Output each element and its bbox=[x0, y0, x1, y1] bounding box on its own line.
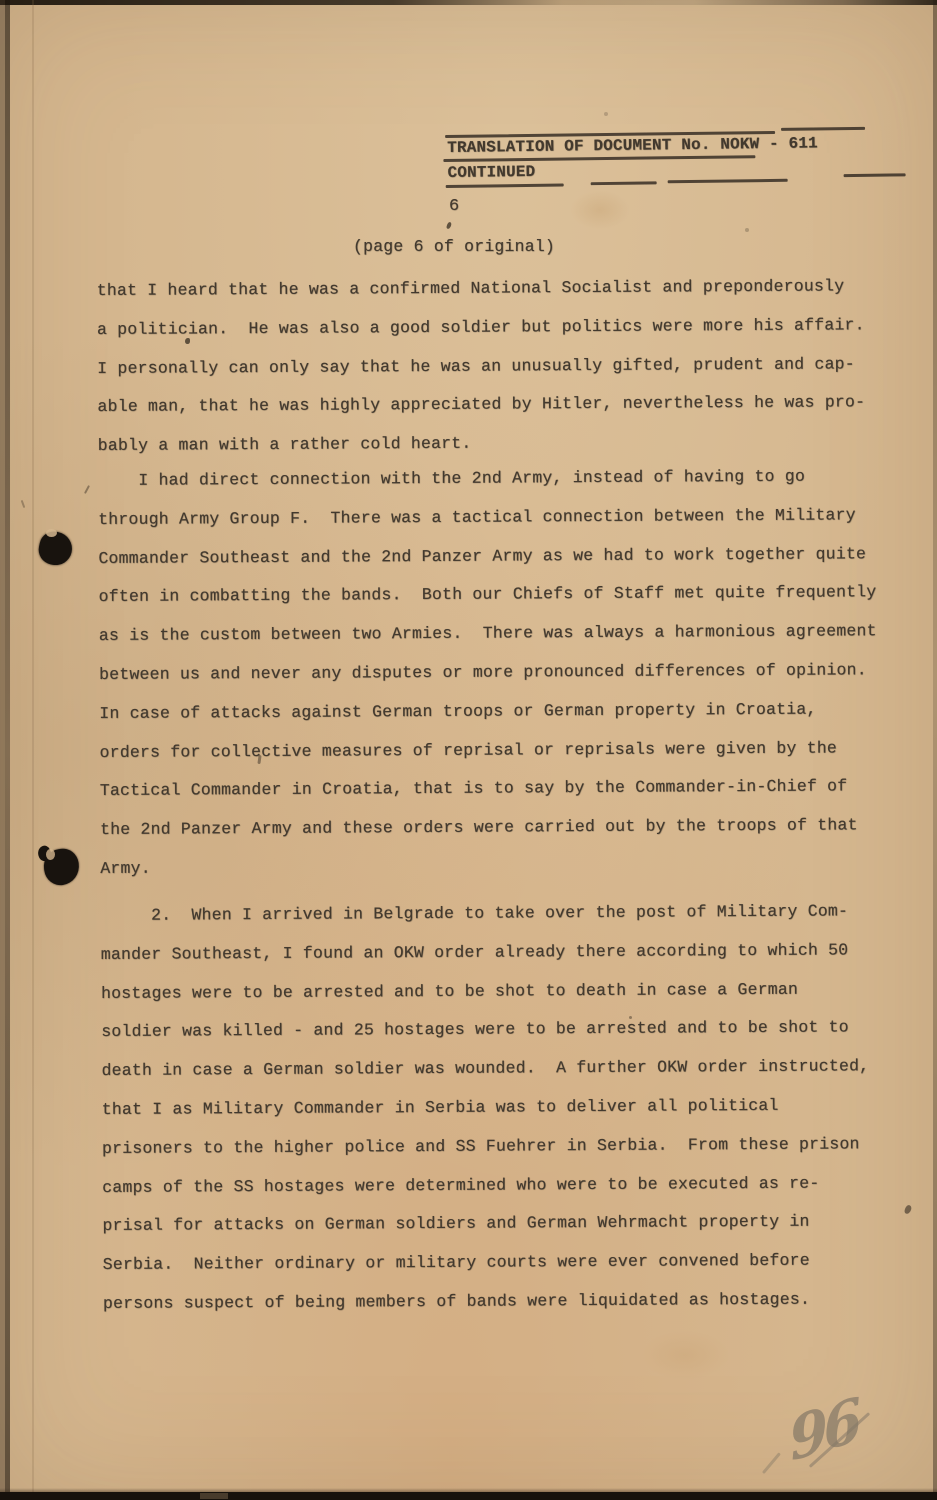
scan-edge-notch bbox=[200, 1493, 228, 1499]
paragraph: that I heard that he was a confirmed Nat… bbox=[97, 267, 866, 466]
text-line: that I as Military Commander in Serbia w… bbox=[102, 1086, 870, 1129]
text-line: mander Southeast, I found an OKW order a… bbox=[101, 931, 869, 974]
text-line: that I heard that he was a confirmed Nat… bbox=[97, 267, 865, 310]
original-page-note: (page 6 of original) bbox=[353, 237, 555, 256]
header-title: TRANSLATION OF DOCUMENT No. NOKW - 611 bbox=[447, 134, 818, 157]
text-line: a politician. He was also a good soldier… bbox=[97, 306, 865, 349]
text-line: persons suspect of being members of band… bbox=[103, 1280, 871, 1323]
header-rule-segment bbox=[446, 184, 564, 188]
ink-speck bbox=[629, 1016, 632, 1019]
text-line: camps of the SS hostages were determined… bbox=[102, 1164, 870, 1207]
text-line: as is the custom between two Armies. The… bbox=[99, 612, 877, 656]
scan-edge-bottom bbox=[0, 1492, 937, 1500]
scan-edge-left-line bbox=[5, 0, 10, 1500]
handwritten-page-number: 96 bbox=[787, 1385, 861, 1475]
text-line: Commander Southeast and the 2nd Panzer A… bbox=[98, 535, 876, 579]
text-line: I personally can only say that he was an… bbox=[97, 345, 865, 388]
scan-edge-top bbox=[0, 0, 937, 5]
text-line: the 2nd Panzer Army and these orders wer… bbox=[100, 806, 878, 850]
text-line: between us and never any disputes or mor… bbox=[99, 651, 877, 695]
ink-speck bbox=[446, 222, 452, 230]
ink-speck bbox=[185, 338, 190, 344]
typed-page-number: 6 bbox=[449, 197, 459, 216]
pencil-tick bbox=[21, 500, 26, 508]
text-line: through Army Group F. There was a tactic… bbox=[98, 496, 876, 540]
header-rule-segment bbox=[668, 179, 788, 183]
header-continued: CONTINUED bbox=[447, 163, 535, 182]
text-line: Tactical Commander in Croatia, that is t… bbox=[100, 768, 878, 812]
scanned-document-page: TRANSLATION OF DOCUMENT No. NOKW - 611 C… bbox=[0, 0, 937, 1500]
text-line: often in combatting the bands. Both our … bbox=[99, 574, 877, 618]
pencil-stroke bbox=[762, 1452, 781, 1474]
paragraph: 2. When I arrived in Belgrade to take ov… bbox=[100, 892, 870, 1323]
text-line: Army. bbox=[100, 845, 878, 889]
text-line: I had direct connection with the 2nd Arm… bbox=[98, 457, 876, 501]
paper-crease bbox=[32, 0, 34, 1500]
ink-speck bbox=[604, 112, 608, 116]
pencil-tick bbox=[84, 485, 90, 494]
header-rule-segment bbox=[591, 181, 657, 184]
text-line: Serbia. Neither ordinary or military cou… bbox=[103, 1241, 871, 1284]
text-line: death in case a German soldier was wound… bbox=[101, 1047, 869, 1090]
text-line: hostages were to be arrested and to be s… bbox=[101, 970, 869, 1013]
text-line: able man, that he was highly appreciated… bbox=[97, 384, 865, 427]
text-line: prisal for attacks on German soldiers an… bbox=[102, 1203, 870, 1246]
text-line: soldier was killed - and 25 hostages wer… bbox=[101, 1009, 869, 1052]
document-header: TRANSLATION OF DOCUMENT No. NOKW - 611 C… bbox=[443, 122, 922, 198]
paragraph: I had direct connection with the 2nd Arm… bbox=[98, 457, 878, 889]
text-line: In case of attacks against German troops… bbox=[99, 690, 877, 734]
hole-punch-notch bbox=[46, 529, 57, 537]
text-line: orders for collective measures of repris… bbox=[99, 729, 877, 773]
header-rule-segment bbox=[844, 173, 906, 176]
text-line: prisoners to the higher police and SS Fu… bbox=[102, 1125, 870, 1168]
ink-speck bbox=[745, 228, 749, 232]
hole-punch-notch bbox=[46, 849, 55, 860]
scan-edge-right bbox=[933, 0, 937, 1500]
ink-speck bbox=[904, 1204, 912, 1214]
paper-stain bbox=[640, 1330, 730, 1380]
text-line: 2. When I arrived in Belgrade to take ov… bbox=[100, 892, 868, 935]
scan-edge-left bbox=[0, 0, 5, 1500]
header-overline-right bbox=[781, 127, 865, 131]
